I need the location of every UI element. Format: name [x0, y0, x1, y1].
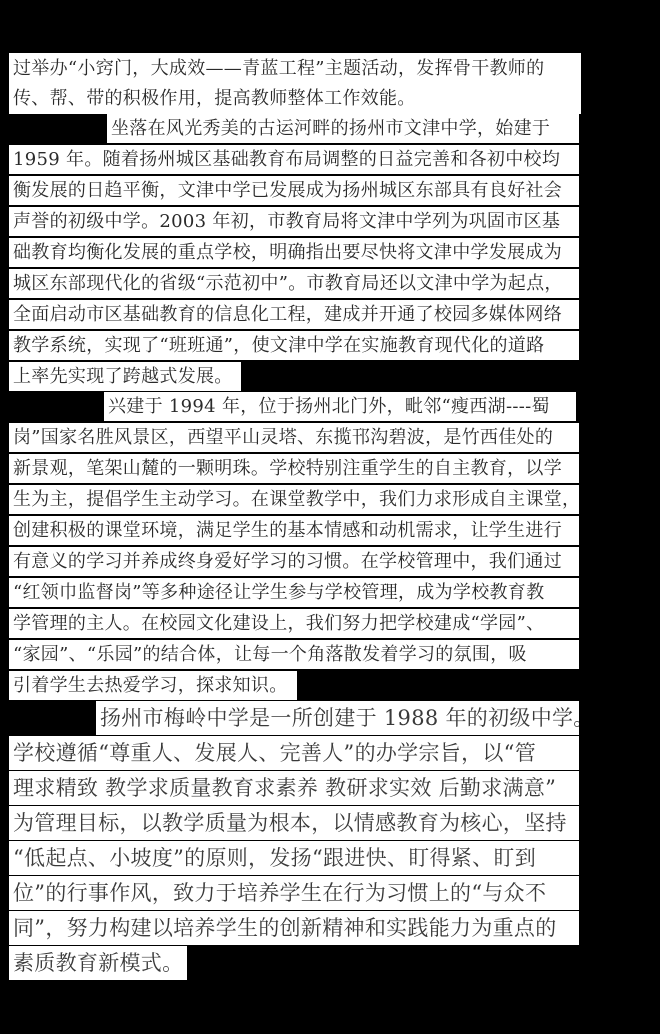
text-line: 为管理目标，以教学质量为根本，以情感教育为核心，坚持 [9, 806, 579, 840]
text-line: 素质教育新模式。 [9, 946, 187, 980]
text-line: 教学系统，实现了“班班通”，使文津中学在实施教育现代化的道路 [9, 331, 579, 360]
text-line: 位”的行事作风，致力于培养学生在行为习惯上的“与众不 [9, 876, 579, 910]
text-line: 生为主，提倡学生主动学习。在课堂教学中，我们力求形成自主课堂， [9, 485, 579, 514]
text-line: 础教育均衡化发展的重点学校，明确指出要尽快将文津中学发展成为 [9, 238, 579, 267]
text-line: 传、帮、带的积极作用，提高教师整体工作效能。 [9, 84, 581, 114]
document-page: 过举办“小窍门，大成效——青蓝工程”主题活动，发挥骨干教师的 传、帮、带的积极作… [0, 0, 660, 1034]
text-line: “红领巾监督岗”等多种途径让学生参与学校管理，成为学校教育教 [9, 578, 579, 607]
text-line: 新景观，笔架山麓的一颗明珠。学校特别注重学生的自主教育，以学 [9, 454, 579, 483]
text-line: 1959 年。随着扬州城区基础教育布局调整的日益完善和各初中校均 [9, 145, 579, 174]
text-line: 声誉的初级中学。2003 年初，市教育局将文津中学列为巩固市区基 [9, 207, 579, 236]
text-line: 同”，努力构建以培养学生的创新精神和实践能力为重点的 [9, 911, 579, 945]
text-line: 兴建于 1994 年，位于扬州北门外，毗邻“瘦西湖----蜀 [104, 392, 576, 421]
text-line: 引着学生去热爱学习，探求知识。 [9, 671, 297, 700]
text-line: 学管理的主人。在校园文化建设上，我们努力把学校建成“学园”、 [9, 609, 579, 638]
text-line: “低起点、小坡度”的原则，发扬“跟进快、盯得紧、盯到 [9, 841, 579, 875]
text-line: 岗”国家名胜风景区，西望平山灵塔、东揽邗沟碧波，是竹西佳处的 [9, 423, 579, 452]
text-line: 理求精致 教学求质量教育求素养 教研求实效 后勤求满意” [9, 771, 579, 805]
text-line: “家园”、“乐园”的结合体，让每一个角落散发着学习的氛围，吸 [9, 640, 579, 669]
text-line: 衡发展的日趋平衡，文津中学已发展成为扬州城区东部具有良好社会 [9, 176, 579, 205]
text-line: 上率先实现了跨越式发展。 [9, 362, 241, 391]
text-line: 过举办“小窍门，大成效——青蓝工程”主题活动，发挥骨干教师的 [9, 53, 581, 84]
text-line: 有意义的学习并养成终身爱好学习的习惯。在学校管理中，我们通过 [9, 547, 579, 576]
text-line: 坐落在风光秀美的古运河畔的扬州市文津中学，始建于 [107, 114, 579, 143]
text-line: 全面启动市区基础教育的信息化工程，建成并开通了校园多媒体网络 [9, 300, 579, 329]
text-line: 学校遵循“尊重人、发展人、完善人”的办学宗旨，以“管 [9, 736, 579, 770]
text-line: 创建积极的课堂环境，满足学生的基本情感和动机需求，让学生进行 [9, 516, 579, 545]
text-line: 扬州市梅岭中学是一所创建于 1988 年的初级中学。 [96, 701, 579, 735]
text-line: 城区东部现代化的省级“示范初中”。市教育局还以文津中学为起点， [9, 269, 579, 298]
